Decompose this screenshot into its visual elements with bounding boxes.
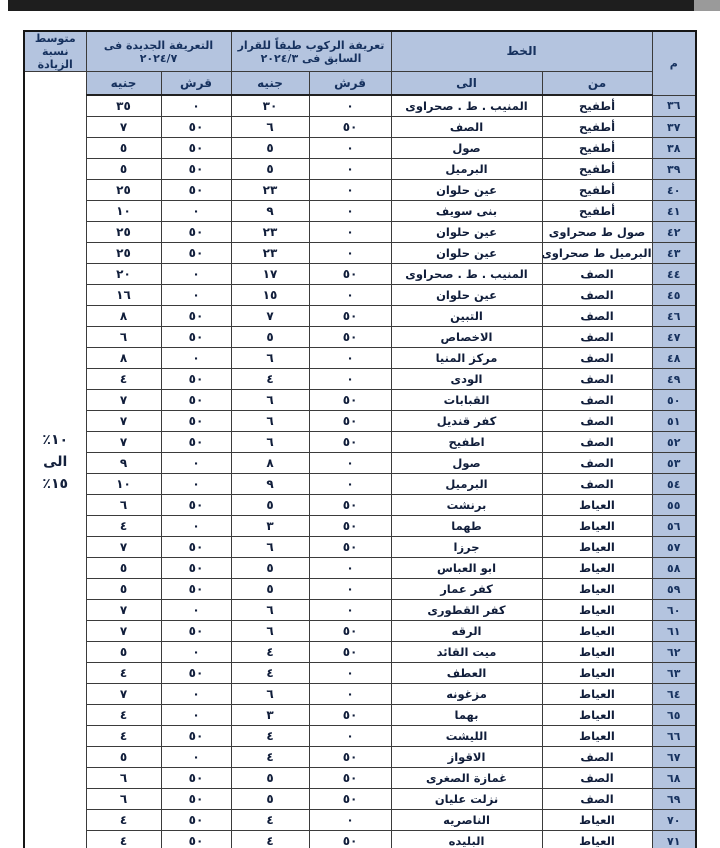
from-cell: الصف xyxy=(542,453,652,474)
old-pound-cell: ٥ xyxy=(231,789,309,810)
col-header-new-qirsh: قرش xyxy=(161,72,231,96)
from-cell: الصف xyxy=(542,474,652,495)
to-cell: عين حلوان xyxy=(391,243,542,264)
col-header-avg-increase: متوسط نسبة الزيادة xyxy=(24,31,86,72)
table-row: ٦٩الصفنزلت عليان٥٠٥٥٠٦ xyxy=(24,789,696,810)
table-row: ٥٣الصفصول٠٨٠٩ xyxy=(24,453,696,474)
new-pound-cell: ٦ xyxy=(86,768,161,789)
old-pound-cell: ٢٣ xyxy=(231,243,309,264)
to-cell: ابو العباس xyxy=(391,558,542,579)
from-cell: العياط xyxy=(542,579,652,600)
old-qirsh-cell: ٥٠ xyxy=(309,306,391,327)
from-cell: الصف xyxy=(542,747,652,768)
avg-increase-line: ٪١٠ xyxy=(25,429,86,451)
new-pound-cell: ٧ xyxy=(86,537,161,558)
col-header-line: الخط xyxy=(391,31,652,72)
new-pound-cell: ٤ xyxy=(86,705,161,726)
from-cell: الصف xyxy=(542,306,652,327)
row-number-cell: ٥٤ xyxy=(652,474,696,495)
col-header-to: الى xyxy=(391,72,542,96)
new-qirsh-cell: ٥٠ xyxy=(161,663,231,684)
to-cell: صول xyxy=(391,453,542,474)
from-cell: الصف xyxy=(542,789,652,810)
to-cell: البرميل xyxy=(391,474,542,495)
to-cell: اطفيح xyxy=(391,432,542,453)
new-pound-cell: ٤ xyxy=(86,369,161,390)
table-row: ٥٧العياطجرزا٥٠٦٥٠٧ xyxy=(24,537,696,558)
from-cell: الصف xyxy=(542,264,652,285)
table-row: ٣٧أطفيحالصف٥٠٦٥٠٧ xyxy=(24,117,696,138)
new-qirsh-cell: ٥٠ xyxy=(161,222,231,243)
row-number-cell: ٦١ xyxy=(652,621,696,642)
table-row: ٤٩الصفالودى٠٤٥٠٤ xyxy=(24,369,696,390)
table-row: ٧١العياطالبليده٥٠٤٥٠٤ xyxy=(24,831,696,848)
old-qirsh-cell: ٠ xyxy=(309,285,391,306)
to-cell: ميت القائد xyxy=(391,642,542,663)
from-cell: صول ط صحراوى xyxy=(542,222,652,243)
row-number-cell: ٤٠ xyxy=(652,180,696,201)
table-row: ٤١أطفيحبنى سويف٠٩٠١٠ xyxy=(24,201,696,222)
table-row: ٦٣العياطالعطف٠٤٥٠٤ xyxy=(24,663,696,684)
from-cell: العياط xyxy=(542,726,652,747)
new-qirsh-cell: ٠ xyxy=(161,705,231,726)
table-row: ٣٩أطفيحالبرميل٠٥٥٠٥ xyxy=(24,159,696,180)
row-number-cell: ٥٣ xyxy=(652,453,696,474)
row-number-cell: ٤٨ xyxy=(652,348,696,369)
to-cell: برنشت xyxy=(391,495,542,516)
old-pound-cell: ٩ xyxy=(231,474,309,495)
avg-increase-line: ٪١٥ xyxy=(25,473,86,495)
old-qirsh-cell: ٥٠ xyxy=(309,432,391,453)
to-cell: بهما xyxy=(391,705,542,726)
from-cell: أطفيح xyxy=(542,180,652,201)
table-row: ٥١الصفكفر قنديل٥٠٦٥٠٧ xyxy=(24,411,696,432)
old-pound-cell: ٧ xyxy=(231,306,309,327)
row-number-cell: ٤٢ xyxy=(652,222,696,243)
from-cell: أطفيح xyxy=(542,159,652,180)
new-qirsh-cell: ٥٠ xyxy=(161,390,231,411)
old-pound-cell: ٥ xyxy=(231,327,309,348)
row-number-cell: ٦٣ xyxy=(652,663,696,684)
to-cell: عين حلوان xyxy=(391,180,542,201)
to-cell: الليشت xyxy=(391,726,542,747)
row-number-cell: ٥١ xyxy=(652,411,696,432)
row-number-cell: ٥٢ xyxy=(652,432,696,453)
new-qirsh-cell: ٠ xyxy=(161,516,231,537)
col-header-new-tariff: التعريفة الجديدة فى ٢٠٢٤/٧ xyxy=(86,31,231,72)
row-number-cell: ٤١ xyxy=(652,201,696,222)
old-qirsh-cell: ٠ xyxy=(309,726,391,747)
old-pound-cell: ٦ xyxy=(231,537,309,558)
to-cell: عين حلوان xyxy=(391,285,542,306)
scan-top-bar-end xyxy=(694,0,720,11)
old-pound-cell: ٣٠ xyxy=(231,95,309,117)
new-pound-cell: ٢٥ xyxy=(86,180,161,201)
table-row: ٣٨أطفيحصول٠٥٥٠٥ xyxy=(24,138,696,159)
table-body: م الخط تعريفة الركوب طبقاً للقرار السابق… xyxy=(24,31,696,848)
from-cell: العياط xyxy=(542,600,652,621)
new-qirsh-cell: ٥٠ xyxy=(161,558,231,579)
new-pound-cell: ٦ xyxy=(86,495,161,516)
old-qirsh-cell: ٥٠ xyxy=(309,747,391,768)
old-qirsh-cell: ٥٠ xyxy=(309,495,391,516)
new-pound-cell: ٤ xyxy=(86,663,161,684)
table-row: ٥٥العياطبرنشت٥٠٥٥٠٦ xyxy=(24,495,696,516)
from-cell: العياط xyxy=(542,810,652,831)
row-number-cell: ٦٦ xyxy=(652,726,696,747)
col-header-old-tariff: تعريفة الركوب طبقاً للقرار السابق فى ٢٠٢… xyxy=(231,31,391,72)
from-cell: الصف xyxy=(542,369,652,390)
row-number-cell: ٥٩ xyxy=(652,579,696,600)
new-qirsh-cell: ٥٠ xyxy=(161,117,231,138)
old-pound-cell: ٤ xyxy=(231,369,309,390)
new-pound-cell: ٢٥ xyxy=(86,243,161,264)
col-header-from: من xyxy=(542,72,652,96)
table-row: ٥٤الصفالبرميل٠٩٠١٠ xyxy=(24,474,696,495)
old-pound-cell: ٥ xyxy=(231,495,309,516)
new-qirsh-cell: ٥٠ xyxy=(161,768,231,789)
new-pound-cell: ٥ xyxy=(86,159,161,180)
from-cell: أطفيح xyxy=(542,117,652,138)
new-qirsh-cell: ٥٠ xyxy=(161,243,231,264)
old-pound-cell: ٢٣ xyxy=(231,222,309,243)
to-cell: الصف xyxy=(391,117,542,138)
table-row: ٤٤الصفالمنيب . ط . صحراوى٥٠١٧٠٢٠ xyxy=(24,264,696,285)
old-qirsh-cell: ٥٠ xyxy=(309,327,391,348)
new-qirsh-cell: ٠ xyxy=(161,684,231,705)
from-cell: العياط xyxy=(542,621,652,642)
old-pound-cell: ٤ xyxy=(231,663,309,684)
row-number-cell: ٤٥ xyxy=(652,285,696,306)
col-header-new-pound: جنيه xyxy=(86,72,161,96)
table-row: ٤٧الصفالاخصاص٥٠٥٥٠٦ xyxy=(24,327,696,348)
old-pound-cell: ٨ xyxy=(231,453,309,474)
from-cell: العياط xyxy=(542,495,652,516)
from-cell: العياط xyxy=(542,642,652,663)
old-qirsh-cell: ٠ xyxy=(309,600,391,621)
new-qirsh-cell: ٠ xyxy=(161,747,231,768)
new-qirsh-cell: ٠ xyxy=(161,285,231,306)
old-pound-cell: ٤ xyxy=(231,747,309,768)
from-cell: الصف xyxy=(542,768,652,789)
old-pound-cell: ٥ xyxy=(231,579,309,600)
from-cell: الصف xyxy=(542,327,652,348)
row-number-cell: ٦٢ xyxy=(652,642,696,663)
new-qirsh-cell: ٥٠ xyxy=(161,495,231,516)
new-qirsh-cell: ٥٠ xyxy=(161,159,231,180)
old-pound-cell: ٦ xyxy=(231,117,309,138)
old-qirsh-cell: ٠ xyxy=(309,579,391,600)
new-pound-cell: ١٦ xyxy=(86,285,161,306)
from-cell: الصف xyxy=(542,432,652,453)
row-number-cell: ٣٨ xyxy=(652,138,696,159)
from-cell: العياط xyxy=(542,663,652,684)
row-number-cell: ٦٩ xyxy=(652,789,696,810)
new-pound-cell: ٢٠ xyxy=(86,264,161,285)
header-row-subtitles: من الى قرش جنيه قرش جنيه ٪١٠الى٪١٥ xyxy=(24,72,696,96)
to-cell: التبين xyxy=(391,306,542,327)
new-qirsh-cell: ٥٠ xyxy=(161,537,231,558)
from-cell: العياط xyxy=(542,537,652,558)
from-cell: أطفيح xyxy=(542,138,652,159)
to-cell: طهما xyxy=(391,516,542,537)
row-number-cell: ٤٧ xyxy=(652,327,696,348)
old-pound-cell: ١٥ xyxy=(231,285,309,306)
row-number-cell: ٥٥ xyxy=(652,495,696,516)
row-number-cell: ٦٧ xyxy=(652,747,696,768)
old-qirsh-cell: ٠ xyxy=(309,558,391,579)
new-pound-cell: ٦ xyxy=(86,789,161,810)
to-cell: العطف xyxy=(391,663,542,684)
old-pound-cell: ٦ xyxy=(231,621,309,642)
old-pound-cell: ٣ xyxy=(231,705,309,726)
to-cell: كفر عمار xyxy=(391,579,542,600)
row-number-cell: ٥٠ xyxy=(652,390,696,411)
old-pound-cell: ٥ xyxy=(231,138,309,159)
row-number-cell: ٦٠ xyxy=(652,600,696,621)
new-qirsh-cell: ٥٠ xyxy=(161,327,231,348)
from-cell: العياط xyxy=(542,516,652,537)
avg-increase-line: الى xyxy=(25,451,86,473)
from-cell: أطفيح xyxy=(542,201,652,222)
old-qirsh-cell: ٠ xyxy=(309,201,391,222)
new-qirsh-cell: ٥٠ xyxy=(161,306,231,327)
new-qirsh-cell: ٠ xyxy=(161,201,231,222)
to-cell: نزلت عليان xyxy=(391,789,542,810)
table-row: ٤٥الصفعين حلوان٠١٥٠١٦ xyxy=(24,285,696,306)
new-pound-cell: ٧ xyxy=(86,432,161,453)
row-number-cell: ٥٨ xyxy=(652,558,696,579)
old-qirsh-cell: ٠ xyxy=(309,159,391,180)
new-pound-cell: ١٠ xyxy=(86,474,161,495)
old-qirsh-cell: ٥٠ xyxy=(309,411,391,432)
old-pound-cell: ٤ xyxy=(231,726,309,747)
row-number-cell: ٤٩ xyxy=(652,369,696,390)
new-pound-cell: ٥ xyxy=(86,642,161,663)
old-pound-cell: ٦ xyxy=(231,411,309,432)
from-cell: البرميل ط صحراوى xyxy=(542,243,652,264)
old-pound-cell: ٦ xyxy=(231,684,309,705)
table-row: ٥٠الصفالقبابات٥٠٦٥٠٧ xyxy=(24,390,696,411)
header-row-titles: م الخط تعريفة الركوب طبقاً للقرار السابق… xyxy=(24,31,696,72)
new-pound-cell: ٤ xyxy=(86,726,161,747)
old-qirsh-cell: ٥٠ xyxy=(309,537,391,558)
old-qirsh-cell: ٠ xyxy=(309,663,391,684)
new-qirsh-cell: ٠ xyxy=(161,453,231,474)
old-qirsh-cell: ٥٠ xyxy=(309,621,391,642)
table-row: ٤٠أطفيحعين حلوان٠٢٣٥٠٢٥ xyxy=(24,180,696,201)
new-qirsh-cell: ٠ xyxy=(161,264,231,285)
from-cell: العياط xyxy=(542,831,652,848)
table-row: ٤٢صول ط صحراوىعين حلوان٠٢٣٥٠٢٥ xyxy=(24,222,696,243)
to-cell: عين حلوان xyxy=(391,222,542,243)
to-cell: صول xyxy=(391,138,542,159)
to-cell: الاخصاص xyxy=(391,327,542,348)
old-qirsh-cell: ٠ xyxy=(309,222,391,243)
new-pound-cell: ٦ xyxy=(86,327,161,348)
to-cell: الودى xyxy=(391,369,542,390)
old-qirsh-cell: ٥٠ xyxy=(309,117,391,138)
old-qirsh-cell: ٠ xyxy=(309,95,391,117)
from-cell: الصف xyxy=(542,390,652,411)
new-qirsh-cell: ٥٠ xyxy=(161,726,231,747)
new-pound-cell: ٧ xyxy=(86,621,161,642)
new-qirsh-cell: ٥٠ xyxy=(161,579,231,600)
table-row: ٧٠العياطالناصريه٠٤٥٠٤ xyxy=(24,810,696,831)
table-row: ٥٢الصفاطفيح٥٠٦٥٠٧ xyxy=(24,432,696,453)
new-qirsh-cell: ٥٠ xyxy=(161,621,231,642)
old-qirsh-cell: ٠ xyxy=(309,180,391,201)
new-qirsh-cell: ٠ xyxy=(161,600,231,621)
new-pound-cell: ٥ xyxy=(86,558,161,579)
to-cell: القبابات xyxy=(391,390,542,411)
tariff-table: م الخط تعريفة الركوب طبقاً للقرار السابق… xyxy=(23,30,697,848)
table-row: ٥٩العياطكفر عمار٠٥٥٠٥ xyxy=(24,579,696,600)
old-pound-cell: ٦ xyxy=(231,390,309,411)
new-pound-cell: ٥ xyxy=(86,747,161,768)
row-number-cell: ٣٧ xyxy=(652,117,696,138)
table-row: ٤٦الصفالتبين٥٠٧٥٠٨ xyxy=(24,306,696,327)
to-cell: الناصريه xyxy=(391,810,542,831)
new-qirsh-cell: ٠ xyxy=(161,348,231,369)
old-pound-cell: ٥ xyxy=(231,558,309,579)
old-qirsh-cell: ٠ xyxy=(309,474,391,495)
new-qirsh-cell: ٠ xyxy=(161,642,231,663)
row-number-cell: ٣٩ xyxy=(652,159,696,180)
new-pound-cell: ٧ xyxy=(86,684,161,705)
to-cell: كفر قنديل xyxy=(391,411,542,432)
new-pound-cell: ٧ xyxy=(86,390,161,411)
row-number-cell: ٦٨ xyxy=(652,768,696,789)
from-cell: الصف xyxy=(542,285,652,306)
old-pound-cell: ٥ xyxy=(231,768,309,789)
table-row: ٦٤العياطمزغونه٠٦٠٧ xyxy=(24,684,696,705)
old-pound-cell: ٩ xyxy=(231,201,309,222)
table-row: ٦٨الصفغمازة الصغرى٥٠٥٥٠٦ xyxy=(24,768,696,789)
to-cell: البليده xyxy=(391,831,542,848)
to-cell: الرقه xyxy=(391,621,542,642)
old-qirsh-cell: ٥٠ xyxy=(309,264,391,285)
col-header-old-pound: جنيه xyxy=(231,72,309,96)
to-cell: الاقواز xyxy=(391,747,542,768)
scan-top-bar xyxy=(8,0,720,11)
table-row: ٦٦العياطالليشت٠٤٥٠٤ xyxy=(24,726,696,747)
from-cell: العياط xyxy=(542,705,652,726)
new-pound-cell: ٢٥ xyxy=(86,222,161,243)
new-pound-cell: ٩ xyxy=(86,453,161,474)
to-cell: جرزا xyxy=(391,537,542,558)
to-cell: مركز المنيا xyxy=(391,348,542,369)
row-number-cell: ٤٣ xyxy=(652,243,696,264)
from-cell: الصف xyxy=(542,348,652,369)
old-pound-cell: ١٧ xyxy=(231,264,309,285)
old-pound-cell: ٤ xyxy=(231,642,309,663)
col-header-row-number: م xyxy=(652,31,696,95)
table-row: ٦١العياطالرقه٥٠٦٥٠٧ xyxy=(24,621,696,642)
to-cell: غمازة الصغرى xyxy=(391,768,542,789)
table-row: ٦٢العياطميت القائد٥٠٤٠٥ xyxy=(24,642,696,663)
new-qirsh-cell: ٥٠ xyxy=(161,180,231,201)
new-qirsh-cell: ٥٠ xyxy=(161,831,231,848)
old-pound-cell: ٥ xyxy=(231,159,309,180)
old-qirsh-cell: ٠ xyxy=(309,810,391,831)
to-cell: كفر القطورى xyxy=(391,600,542,621)
row-number-cell: ٧١ xyxy=(652,831,696,848)
new-pound-cell: ٨ xyxy=(86,306,161,327)
from-cell: العياط xyxy=(542,684,652,705)
avg-increase-value: ٪١٠الى٪١٥ xyxy=(24,72,86,848)
new-pound-cell: ٨ xyxy=(86,348,161,369)
table-row: ٥٦العياططهما٥٠٣٠٤ xyxy=(24,516,696,537)
from-cell: العياط xyxy=(542,558,652,579)
new-pound-cell: ٥ xyxy=(86,579,161,600)
to-cell: المنيب . ط . صحراوى xyxy=(391,264,542,285)
old-pound-cell: ٦ xyxy=(231,600,309,621)
row-number-cell: ٤٤ xyxy=(652,264,696,285)
new-qirsh-cell: ٥٠ xyxy=(161,810,231,831)
old-qirsh-cell: ٥٠ xyxy=(309,642,391,663)
to-cell: مزغونه xyxy=(391,684,542,705)
old-qirsh-cell: ٠ xyxy=(309,684,391,705)
row-number-cell: ٦٤ xyxy=(652,684,696,705)
new-pound-cell: ٤ xyxy=(86,810,161,831)
col-header-old-qirsh: قرش xyxy=(309,72,391,96)
new-pound-cell: ٤ xyxy=(86,831,161,848)
from-cell: الصف xyxy=(542,411,652,432)
to-cell: البرميل xyxy=(391,159,542,180)
old-pound-cell: ٦ xyxy=(231,432,309,453)
to-cell: المنيب . ط . صحراوى xyxy=(391,95,542,117)
new-pound-cell: ٧ xyxy=(86,117,161,138)
row-number-cell: ٥٧ xyxy=(652,537,696,558)
table-row: ٣٦أطفيحالمنيب . ط . صحراوى٠٣٠٠٣٥ xyxy=(24,95,696,117)
old-qirsh-cell: ٥٠ xyxy=(309,390,391,411)
old-qirsh-cell: ٠ xyxy=(309,453,391,474)
row-number-cell: ٥٦ xyxy=(652,516,696,537)
new-pound-cell: ١٠ xyxy=(86,201,161,222)
row-number-cell: ٣٦ xyxy=(652,95,696,117)
new-qirsh-cell: ٥٠ xyxy=(161,789,231,810)
old-qirsh-cell: ٥٠ xyxy=(309,516,391,537)
old-pound-cell: ٤ xyxy=(231,810,309,831)
old-qirsh-cell: ٥٠ xyxy=(309,831,391,848)
new-qirsh-cell: ٥٠ xyxy=(161,369,231,390)
old-qirsh-cell: ٠ xyxy=(309,369,391,390)
old-pound-cell: ٦ xyxy=(231,348,309,369)
old-pound-cell: ٤ xyxy=(231,831,309,848)
row-number-cell: ٤٦ xyxy=(652,306,696,327)
from-cell: أطفيح xyxy=(542,95,652,117)
table-row: ٥٨العياطابو العباس٠٥٥٠٥ xyxy=(24,558,696,579)
new-qirsh-cell: ٠ xyxy=(161,95,231,117)
old-qirsh-cell: ٥٠ xyxy=(309,705,391,726)
row-number-cell: ٧٠ xyxy=(652,810,696,831)
to-cell: بنى سويف xyxy=(391,201,542,222)
old-qirsh-cell: ٠ xyxy=(309,243,391,264)
new-pound-cell: ٣٥ xyxy=(86,95,161,117)
table-row: ٤٨الصفمركز المنيا٠٦٠٨ xyxy=(24,348,696,369)
new-pound-cell: ٧ xyxy=(86,600,161,621)
new-pound-cell: ٧ xyxy=(86,411,161,432)
new-qirsh-cell: ٥٠ xyxy=(161,432,231,453)
old-qirsh-cell: ٥٠ xyxy=(309,768,391,789)
table-row: ٦٧الصفالاقواز٥٠٤٠٥ xyxy=(24,747,696,768)
old-pound-cell: ٢٣ xyxy=(231,180,309,201)
old-qirsh-cell: ٠ xyxy=(309,348,391,369)
new-qirsh-cell: ٥٠ xyxy=(161,138,231,159)
new-pound-cell: ٤ xyxy=(86,516,161,537)
table-row: ٤٣البرميل ط صحراوىعين حلوان٠٢٣٥٠٢٥ xyxy=(24,243,696,264)
